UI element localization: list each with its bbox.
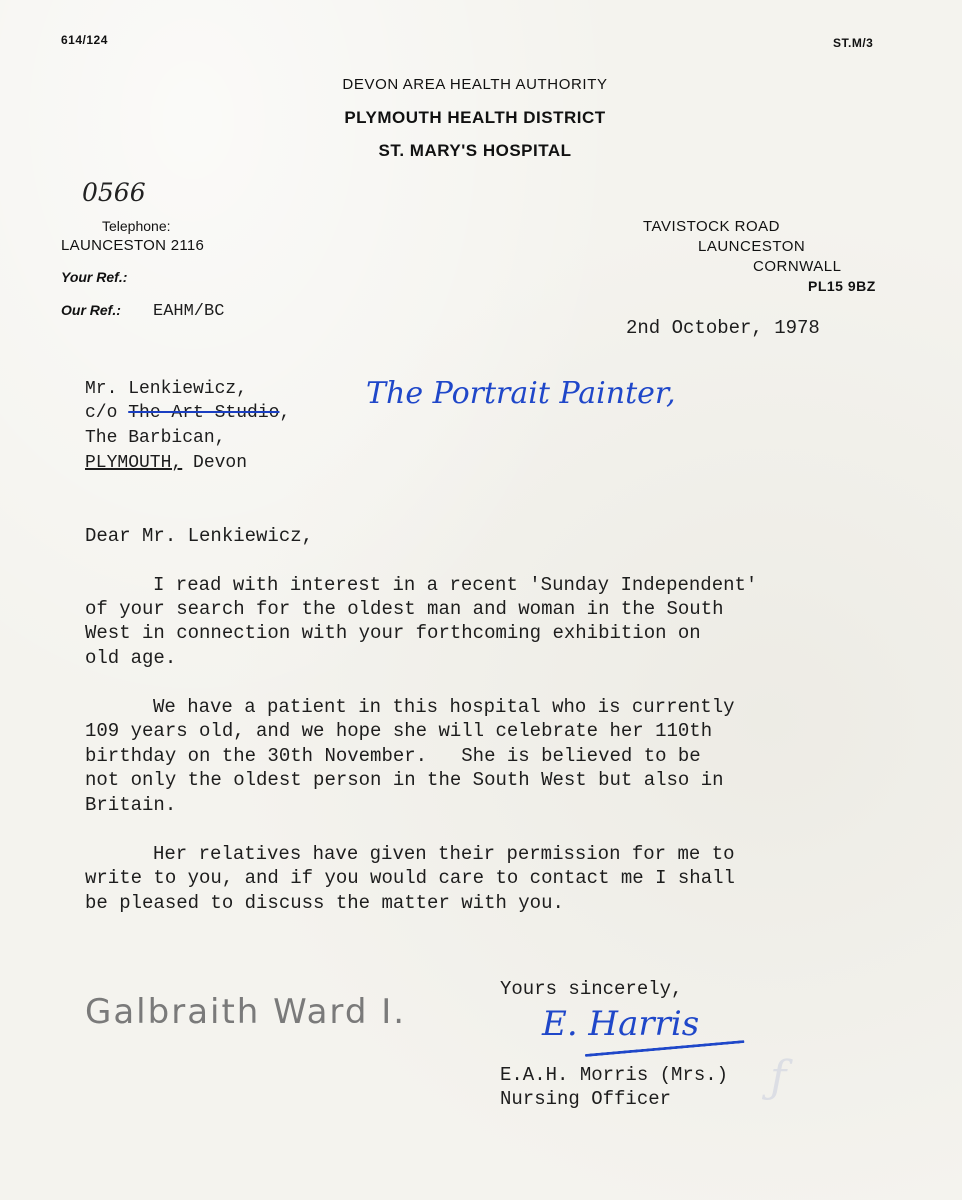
bleed-through-mark: ƒ bbox=[770, 1052, 786, 1103]
recipient-name: Mr. Lenkiewicz, bbox=[85, 379, 247, 399]
paragraph-3-line: Her relatives have given their permissio… bbox=[153, 843, 735, 865]
paragraph-3-line: write to you, and if you would care to c… bbox=[85, 867, 735, 889]
paragraph-1-line: I read with interest in a recent 'Sunday… bbox=[153, 574, 757, 596]
care-of-suffix: , bbox=[279, 403, 290, 423]
recipient-care-of: c/o The Art Studio, bbox=[85, 403, 290, 423]
care-of-prefix: c/o bbox=[85, 403, 128, 423]
your-ref-label: Your Ref.: bbox=[61, 269, 127, 285]
paragraph-1-line: West in connection with your forthcoming… bbox=[85, 622, 701, 644]
struck-address: The Art Studio bbox=[128, 403, 279, 423]
pencil-note: Galbraith Ward I. bbox=[85, 992, 406, 1032]
signatory-title: Nursing Officer bbox=[500, 1088, 671, 1110]
form-code: ST.M/3 bbox=[833, 36, 873, 50]
signature: E. Harris bbox=[542, 1004, 699, 1044]
recipient-city: PLYMOUTH, Devon bbox=[85, 453, 247, 473]
paragraph-2-line: birthday on the 30th November. She is be… bbox=[85, 745, 701, 767]
recipient-street: The Barbican, bbox=[85, 428, 225, 448]
telephone-value: LAUNCESTON 2116 bbox=[61, 237, 204, 254]
address-line-street: TAVISTOCK ROAD bbox=[643, 218, 780, 235]
salutation: Dear Mr. Lenkiewicz, bbox=[85, 525, 313, 547]
address-line-town: LAUNCESTON bbox=[698, 238, 805, 255]
paragraph-2-line: We have a patient in this hospital who i… bbox=[153, 696, 735, 718]
telephone-label: Telephone: bbox=[102, 218, 171, 234]
letter-page: 614/124 ST.M/3 DEVON AREA HEALTH AUTHORI… bbox=[0, 0, 962, 1200]
letterhead-district: PLYMOUTH HEALTH DISTRICT bbox=[0, 108, 950, 128]
letterhead-authority: DEVON AREA HEALTH AUTHORITY bbox=[0, 76, 950, 93]
handwritten-file-number: 0566 bbox=[82, 178, 146, 207]
closing: Yours sincerely, bbox=[500, 978, 682, 1000]
letterhead-hospital: ST. MARY'S HOSPITAL bbox=[0, 141, 950, 161]
paragraph-2-line: Britain. bbox=[85, 794, 176, 816]
address-line-postcode: PL15 9BZ bbox=[808, 278, 876, 294]
address-line-county: CORNWALL bbox=[753, 258, 841, 275]
recipient-county: Devon bbox=[182, 453, 247, 473]
form-number: 614/124 bbox=[61, 33, 108, 47]
paragraph-1-line: of your search for the oldest man and wo… bbox=[85, 598, 724, 620]
paragraph-2-line: not only the oldest person in the South … bbox=[85, 769, 724, 791]
letter-date: 2nd October, 1978 bbox=[626, 317, 820, 339]
signatory-name: E.A.H. Morris (Mrs.) bbox=[500, 1064, 728, 1086]
handwritten-correction: The Portrait Painter, bbox=[366, 376, 676, 411]
recipient-city-name: PLYMOUTH, bbox=[85, 453, 182, 473]
our-ref-label: Our Ref.: bbox=[61, 302, 121, 318]
paragraph-2-line: 109 years old, and we hope she will cele… bbox=[85, 720, 712, 742]
paragraph-1-line: old age. bbox=[85, 647, 176, 669]
our-ref-value: EAHM/BC bbox=[153, 302, 224, 321]
paragraph-3-line: be pleased to discuss the matter with yo… bbox=[85, 892, 564, 914]
